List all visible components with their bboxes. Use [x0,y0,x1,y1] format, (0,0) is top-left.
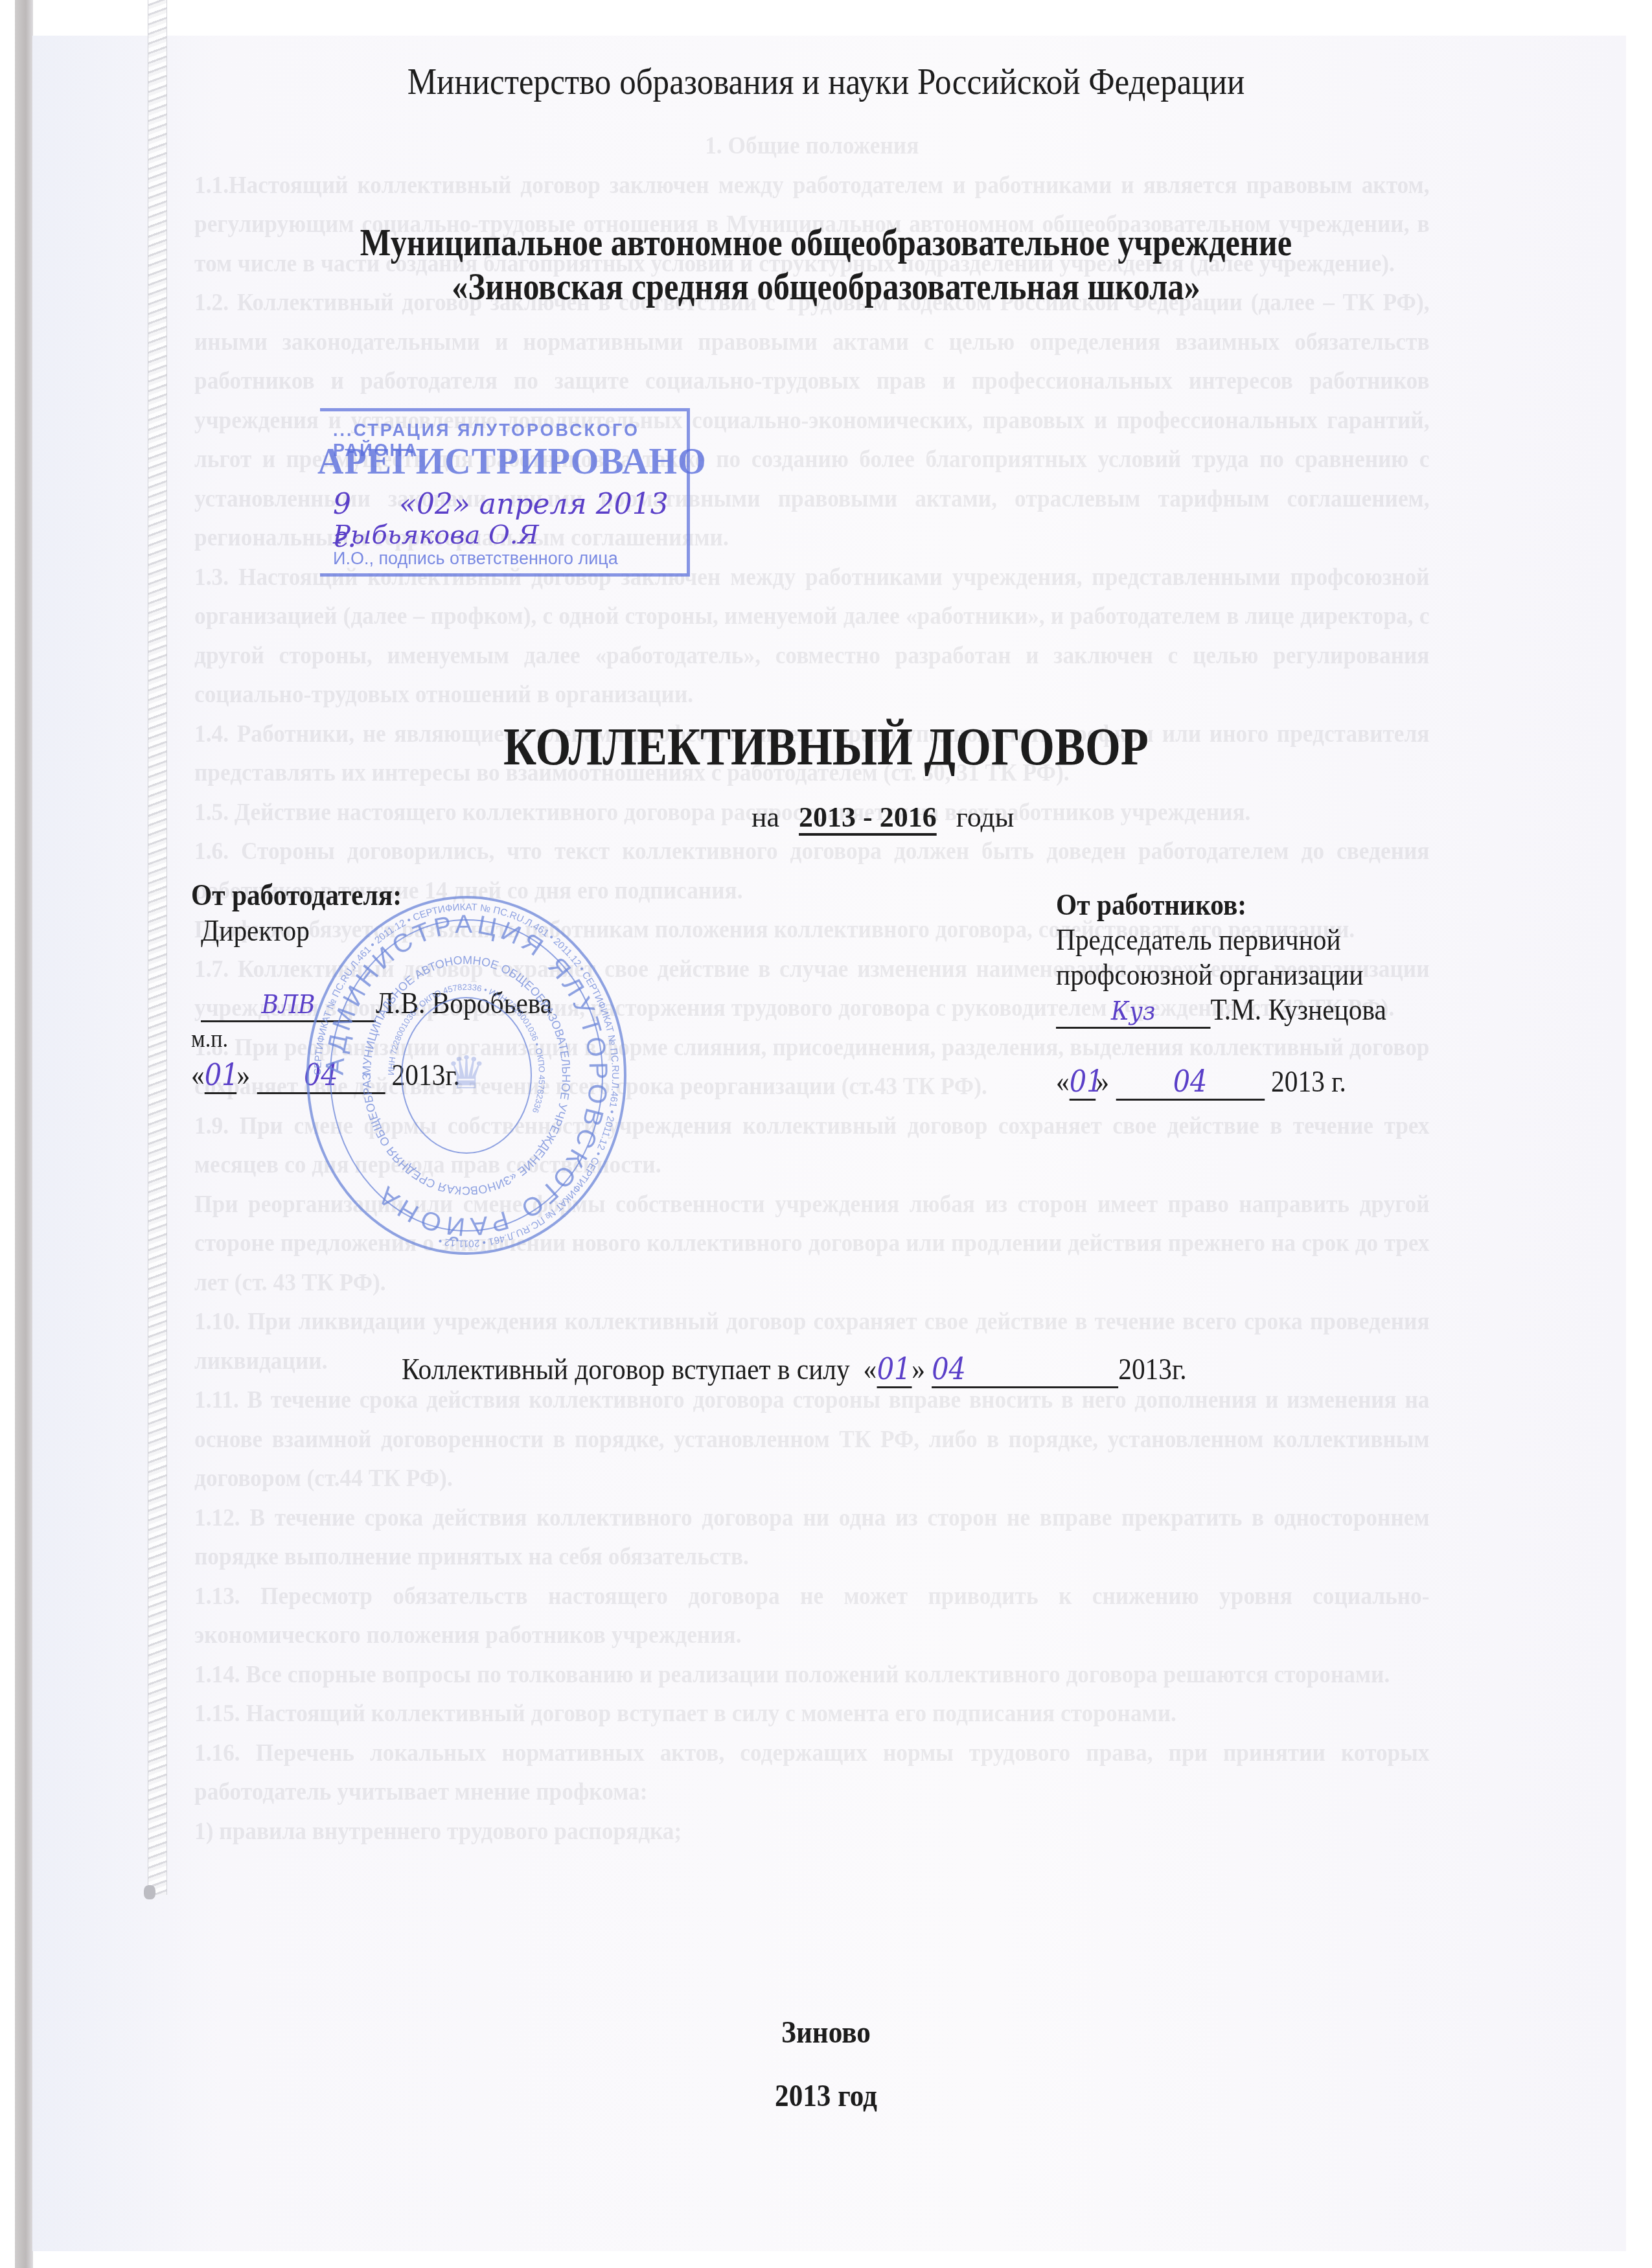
bleed-paragraph: 1.3. Настоящий коллективный договор закл… [194,558,1430,715]
bleed-paragraph: 1) правила внутреннего трудового распоря… [194,1812,1430,1851]
coat-of-arms-icon: ♛ [446,1048,487,1098]
employees-date-month: 04 [1116,1064,1265,1101]
employees-date-day: 01 [1070,1064,1096,1101]
effective-month: 04 [932,1351,1118,1388]
registration-official: Рыбьякова О.Я [333,520,539,550]
employees-position-line1: Председатель первичной [1056,922,1341,957]
employees-heading: От работников: [1056,888,1246,922]
document-title: КОЛЛЕКТИВНЫЙ ДОГОВОР [74,716,1578,777]
employees-name: Т.М. Кузнецова [1211,993,1386,1026]
institution-name-line1: Муниципальное автономное общеобразовател… [132,220,1520,265]
effective-year: 2013г. [1118,1353,1186,1386]
registration-stamp: ...СТРАЦИЯ ЯЛУТОРОВСКОГО РАЙОНА АРЕГИСТР… [320,408,690,577]
effective-day: 01 [877,1351,912,1388]
employer-date-day: 01 [205,1057,237,1094]
organization-seal: СЕРТИФИКАТ № ПС.RU.Л.461 • 2011.12 • СЕР… [304,894,628,1257]
scanner-edge [15,0,33,2268]
period-suffix: годы [956,801,1015,833]
document-place: Зиново [83,2015,1570,2050]
bleed-paragraph: 1.12. В течение срока действия коллектив… [194,1498,1430,1577]
document-period: на2013 - 2016годы [751,801,1014,834]
employees-signature: Куз [1056,992,1211,1029]
institution-name-line2: «Зиновская средняя общеобразовательная ш… [132,264,1520,309]
effective-label: Коллективный договор вступает в силу [402,1353,850,1386]
period-years: 2013 - 2016 [799,801,937,833]
registration-status: АРЕГИСТРИРОВАНО [317,441,707,483]
registration-number: 9 [333,488,351,521]
employees-date-row: «01» 04 2013 г. [1056,1064,1346,1101]
period-prefix: на [751,801,779,833]
employees-signature-mark: Куз [1111,996,1155,1026]
employees-signature-row: КузТ.М. Кузнецова [1056,992,1386,1029]
bleed-paragraph: 1.13. Пересмотр обязательств настоящего … [194,1577,1430,1655]
bleed-paragraph: 1.15. Настоящий коллективный договор вст… [194,1694,1430,1734]
employer-seal-label: м.п. [191,1025,228,1053]
bleed-paragraph: 1.14. Все спорные вопросы по толкованию … [194,1655,1430,1695]
ministry-header: Министерство образования и науки Российс… [99,60,1553,103]
bleed-paragraph: 1.16. Перечень локальных нормативных акт… [194,1734,1430,1812]
binding-knot [144,1885,155,1899]
effective-date-row: Коллективный договор вступает в силу «01… [402,1351,1187,1388]
employer-position: Директор [201,913,310,948]
registration-caption: И.О., подпись ответственного лица [333,549,618,569]
bleed-paragraph: 1.11. В течение срока действия коллектив… [194,1380,1430,1498]
employees-position-line2: профсоюзной организации [1056,957,1363,992]
employees-date-year: 2013 г. [1271,1065,1346,1098]
bleed-heading: 1. Общие положения [194,126,1430,166]
document-year: 2013 год [83,2078,1570,2114]
